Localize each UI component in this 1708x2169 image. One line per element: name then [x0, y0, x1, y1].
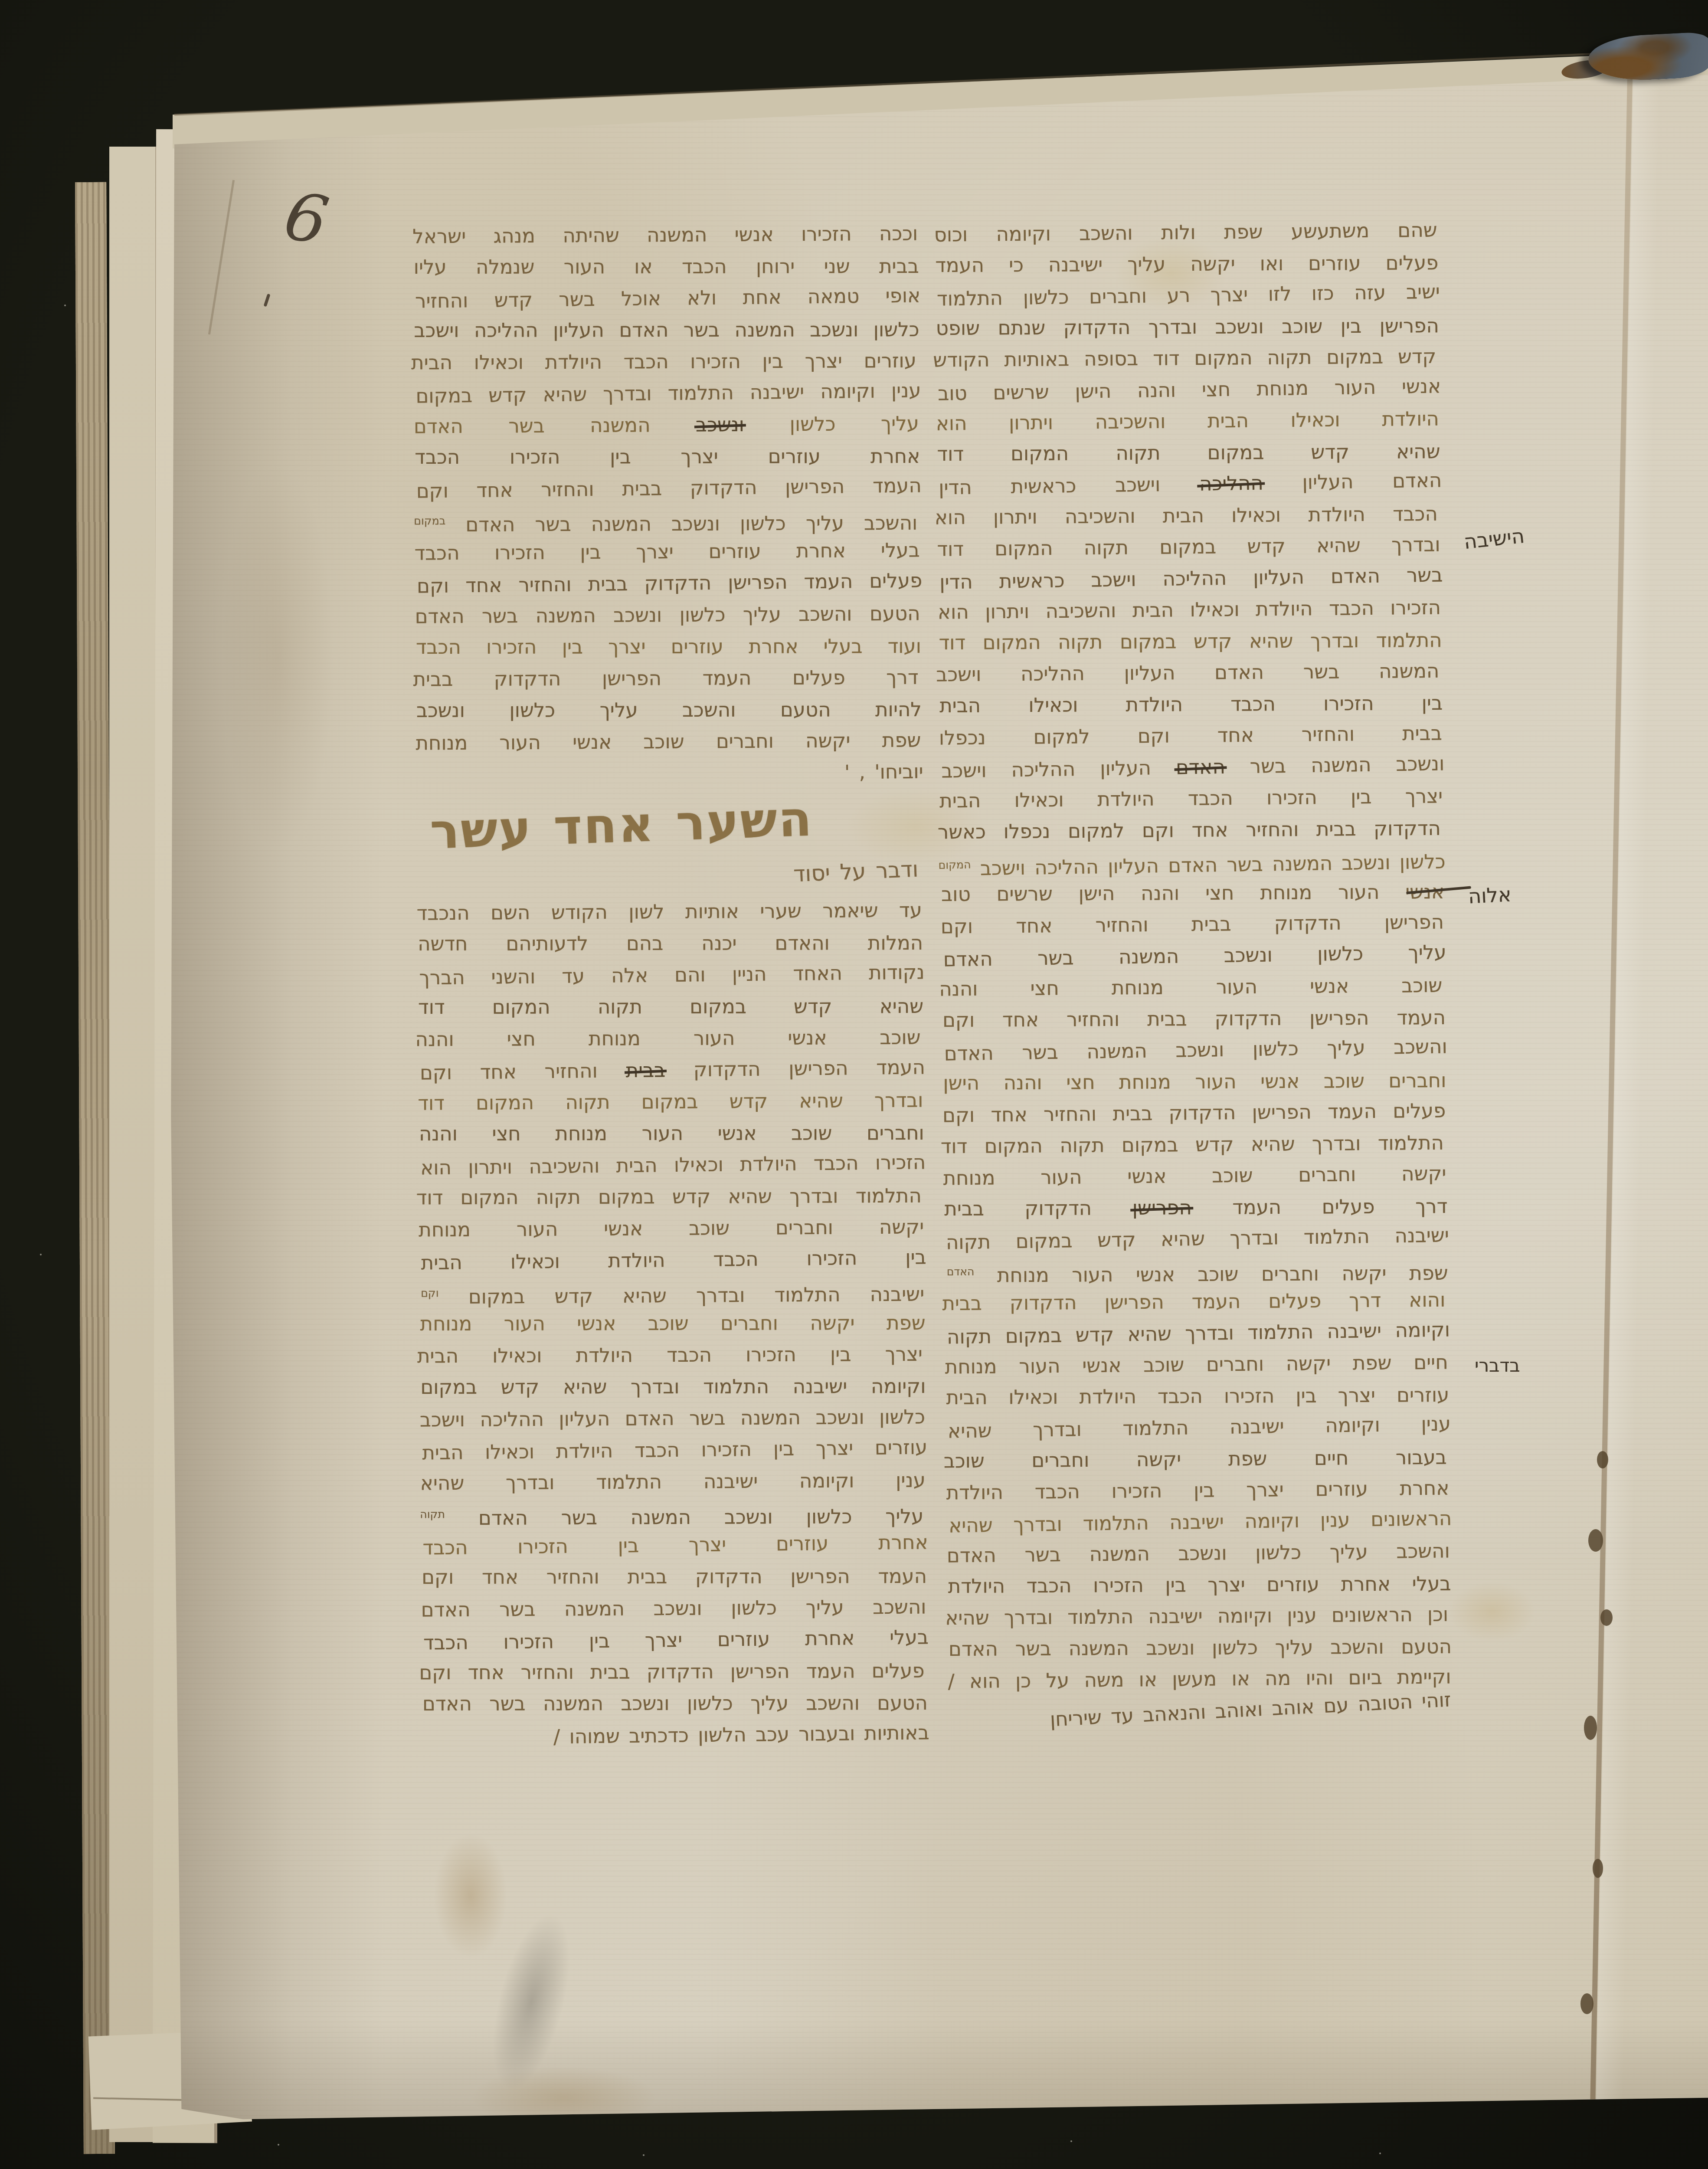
stain — [434, 1833, 507, 1959]
worm-damage — [1580, 1993, 1593, 2014]
folio-number: 6 — [278, 177, 334, 260]
text-line: הדקדוק בבית והחזיר אחד וקם למקום נכפלו כ… — [938, 813, 1441, 848]
text-line: פעלים עוזרים ואו יקשה עליך ישיבנה כי העמ… — [935, 247, 1438, 282]
text-line: ובדרך שהיא קדש במקום תקוה המקום דוד — [937, 529, 1440, 565]
text-line: יוביחו' , ' — [792, 756, 923, 789]
text-line: שהיא קדש במקום תקוה המקום דוד — [418, 990, 923, 1023]
text-line: אחרת עוזרים יצרך בין הזכירו הכבד היולדת — [946, 1472, 1450, 1509]
manuscript-page: 6 וככה הזכירו אנשי המשנה שהיתה מנהג ישרא… — [169, 72, 1708, 2121]
text-line: עד שיאמר שערי אותיות לשון הקודש השם הנכב… — [417, 894, 922, 929]
text-line: חיים שפת יקשה וחברים שוכב אנשי העור מנוח… — [945, 1347, 1448, 1383]
text-line: ישיבנה התלמוד ובדרך שהיא קדש במקום תקוה — [946, 1219, 1449, 1258]
stain — [1449, 1581, 1535, 1642]
interlinear-word: וקם — [421, 1287, 439, 1299]
text-line: הפרישן הדקדוק בבית והחזיר אחד וקם — [941, 906, 1444, 943]
text-line: וחברים שוכב אנשי העור מנוחת חצי והנה היש… — [943, 1065, 1446, 1099]
text-line: בין הזכירו הכבד היולדת וכאילו הבית — [939, 687, 1443, 721]
text-line: בעלי אחרת עוזרים יצרך בין הזכירו הכבד הי… — [948, 1568, 1451, 1602]
text-line: שפת יקשה וחברים שוכב אנשי העור מנוחת האד… — [945, 1253, 1448, 1288]
text-line: בבית שני ירוחן הכבד או העור שנמלה עליו — [414, 250, 919, 283]
text-line: ובדרך שהיא קדש במקום תקוה המקום דוד — [418, 1084, 923, 1119]
text-line: שהיא קדש במקום תקוה המקום דוד — [937, 436, 1440, 470]
text-line: הזכירו הכבד היולדת וכאילו הבית והשכיבה ו… — [420, 1146, 926, 1183]
text-line: התלמוד ובדרך שהיא קדש במקום תקוה המקום ד… — [941, 1127, 1444, 1162]
text-line: יקשה וחברים שוכב אנשי העור מנוחת — [419, 1211, 924, 1245]
gutter-toning — [221, 462, 334, 852]
interlinear-word: המקום — [938, 858, 971, 872]
text-line: והשכב עליך כלשון ונשכב המשנה בשר האדם — [944, 1031, 1447, 1070]
text-line: היולדת וכאילו הבית והשכיבה ויתרון הוא — [936, 403, 1439, 439]
text-line: עוזרים יצרך בין הזכירו הכבד היולדת וכאיל… — [422, 1431, 928, 1468]
text-line: יצרך בין הזכירו הכבד היולדת וכאילו הבית — [417, 1338, 923, 1372]
column-left-block2: עד שיאמר שערי אותיות לשון הקודש השם הנכב… — [417, 894, 927, 1752]
text-line: פעלים העמד הפרישן הדקדוק בבית והחזיר אחד… — [417, 564, 923, 602]
text-line: והשכב עליך כלשון ונשכב המשנה בשר האדם — [421, 1591, 926, 1625]
struck-word: האדם — [1176, 755, 1226, 779]
text-line: קדש במקום תקוה המקום דוד בסופה באותיות ה… — [933, 341, 1436, 376]
margin-note: הישיבה — [1463, 524, 1526, 554]
text-column-left: וככה הזכירו אנשי המשנה שהיתה מנהג ישראלב… — [412, 217, 921, 790]
text-line: הטעם והשכב עליך כלשון ונשכב המשנה בשר הא… — [949, 1631, 1452, 1665]
text-line: שוכב אנשי העור מנוחת חצי והנה — [939, 970, 1443, 1005]
text-line: עוזרים יצרך בין הזכירו הכבד היולדת וכאיל… — [946, 1379, 1449, 1413]
text-line: עליך כלשון ונשכב המשנה בשר האדם — [943, 937, 1446, 976]
text-line: כלשון ונשכב המשנה בשר האדם העליון ההליכה… — [942, 842, 1446, 881]
column-left-block1: וככה הזכירו אנשי המשנה שהיתה מנהג ישראלב… — [412, 217, 921, 790]
text-line: וחברים שוכב אנשי העור מנוחת חצי והנה — [419, 1117, 924, 1150]
struck-word: בבית — [625, 1058, 665, 1082]
worm-damage — [1588, 1529, 1603, 1552]
text-line: הכבד היולדת וכאילו הבית והשכיבה ויתרון ה… — [935, 498, 1438, 533]
text-line: והשכב עליך כלשון ונשכב המשנה בשר האדם — [947, 1535, 1450, 1572]
text-line: יצרך בין הזכירו הכבד היולדת וכאילו הבית — [939, 780, 1443, 817]
text-line: העמד הפרישן הדקדוק בבית והחזיר אחד וקם — [422, 1560, 927, 1593]
text-line: ועוד בעלי אחרת עוזרים יצרך בין הזכירו הכ… — [416, 630, 921, 663]
struck-word: הפרישן — [1132, 1196, 1192, 1219]
text-line: וככה הזכירו אנשי המשנה שהיתה מנהג ישראל — [412, 217, 918, 252]
dust-speck — [278, 2144, 279, 2146]
text-line: אחרת עוזרים יצרך בין הזכירו הכבד — [422, 1526, 928, 1563]
dust-speck — [40, 1254, 42, 1255]
stacked-leaf-edge — [109, 147, 157, 2142]
dust-speck — [1379, 2153, 1381, 2154]
text-line: וקיומה ישיבנה התלמוד ובדרך שהיא קדש במקו… — [420, 1370, 926, 1403]
text-line: העמד הפרישן הדקדוק בבית והחזיר אחד וקם — [942, 1002, 1446, 1036]
text-line: ענין וקיומה ישיבנה התלמוד ובדרך שהיא — [948, 1408, 1451, 1447]
worm-damage — [1600, 1609, 1613, 1626]
text-line: עוזרים יצרך בין הזכירו הכבד היולדת וכאיל… — [411, 345, 916, 379]
text-line: המלות והאדם יכנה בהם לדעותיהם חדשה — [418, 927, 923, 960]
text-line: האדם העליון ההליכה וישכב כראשית הדין — [939, 465, 1442, 504]
text-line: ענין וקיומה ישיבנה התלמוד ובדרך שהיא — [420, 1464, 926, 1499]
dust-speck — [64, 305, 66, 306]
worm-damage — [1584, 1716, 1597, 1740]
interlinear-word: תקוה — [420, 1508, 445, 1520]
text-line: התלמוד ובדרך שהיא קדש במקום תקוה המקום ד… — [416, 1180, 922, 1214]
text-line: אופי טמאה אחת ולא אוכל בשר קדש והחזיר — [415, 279, 921, 317]
text-line: דרך פעלים העמד הפרישן הדקדוק בבית — [413, 662, 918, 695]
worm-damage — [1593, 1859, 1603, 1878]
text-line: והשכב עליך כלשון ונשכב המשנה בשר האדם במ… — [412, 503, 917, 537]
margin-note: אלוה — [1468, 882, 1512, 908]
text-line: עליך כלשון ונשכב המשנה בשר האדם תקוה — [418, 1497, 923, 1530]
text-line: בעלי אחרת עוזרים יצרך בין הזכירו הכבד — [414, 534, 919, 569]
text-line: והוא דרך פעלים העמד הפרישן הדקדוק בבית — [942, 1284, 1446, 1320]
text-line: התלמוד ובדרך שהיא קדש במקום תקוה המקום ד… — [939, 624, 1442, 659]
worm-damage — [1597, 1451, 1608, 1468]
text-line: שפת יקשה וחברים שוכב אנשי העור מנוחת — [416, 724, 921, 759]
interlinear-word: במקום — [414, 514, 445, 527]
text-line: ענין וקיומה ישיבנה התלמוד ובדרך שהיא קדש… — [416, 374, 921, 412]
text-line: בבית והחזיר אחד וקם למקום נכפלו — [939, 718, 1442, 754]
text-line: שפת יקשה וחברים שוכב אנשי העור מנוחת — [420, 1307, 925, 1340]
text-line: שהם משתעשע שפת ולות והשכב וקיומה וכוס — [934, 215, 1437, 251]
text-line: באותיות ובעבור עכב הלשון כדכתיב שמוהו / — [586, 1717, 929, 1752]
text-line: בין הזכירו הכבד היולדת וכאילו הבית — [421, 1241, 926, 1278]
text-line: כלשון ונשכב המשנה בשר האדם העליון ההליכה… — [414, 314, 919, 346]
fore-edge-highlight — [1596, 71, 1672, 2117]
text-line: אחרת עוזרים יצרך בין הזכירו הכבד — [415, 440, 920, 473]
text-line: ישיב עזה כזו לזו יצרך רע וחברים כלשון הת… — [937, 276, 1440, 315]
dust-speck — [643, 2154, 645, 2156]
struck-word: ההליכה — [1199, 471, 1263, 495]
text-line: דרך פעלים העמד הפרישן הדקדוק בבית — [944, 1190, 1447, 1225]
photo-background: 6 וככה הזכירו אנשי המשנה שהיתה מנהג ישרא… — [0, 0, 1708, 2169]
text-line: בעבור חיים שפת יקשה וחברים שוכב — [944, 1442, 1447, 1477]
text-line: הטעם והשכב עליך כלשון ונשכב המשנה בשר הא… — [415, 597, 920, 632]
text-line: ישיבנה התלמוד ובדרך שהיא קדש במקום וקם — [419, 1274, 924, 1309]
corner-fold-crease — [208, 180, 235, 334]
folio-number-tick — [264, 294, 271, 307]
text-line: עליך כלשון ונשכב המשנה בשר האדם — [414, 407, 919, 442]
text-line: יקשה וחברים שוכב אנשי העור מנוחת — [943, 1158, 1446, 1194]
text-line: להיות הטעם והשכב עליך כלשון ונשכב — [416, 694, 922, 726]
text-line: נקודות האחד הניין והם אלה עד והשני הברך — [419, 956, 925, 993]
text-line: כלשון ונשכב המשנה בשר האדם העליון ההליכה… — [420, 1401, 925, 1435]
dust-speck — [1070, 2140, 1072, 2142]
interlinear-word: האדם — [947, 1265, 975, 1278]
text-line: וכן הראשונים ענין וקיומה ישיבנה התלמוד ו… — [945, 1599, 1449, 1634]
text-line: המשנה בשר האדם העליון ההליכה וישכב — [936, 655, 1440, 691]
text-line: העמד הפרישן הדקדוק בבית והחזיר אחד וקם — [420, 1051, 926, 1088]
text-line: פעלים העמד הפרישן הדקדוק בבית והחזיר אחד… — [942, 1095, 1446, 1131]
chapter-subheading: ודבר על יסוד — [793, 856, 919, 887]
text-line: אנשי העור מנוחת חצי והנה הישן שרשים טוב — [941, 876, 1444, 910]
text-column-right: שהם משתעשע שפת ולות והשכב וקיומה וכוספעל… — [934, 215, 1451, 1729]
text-line: הפרישן בין שוכב ונשכב ובדרך הדקדוק שנתם … — [936, 310, 1439, 344]
stain — [473, 2067, 655, 2128]
text-line: הזכירו הכבד היולדת וכאילו הבית והשכיבה ו… — [938, 592, 1441, 628]
text-line: העמד הפרישן הדקדוק בבית והחזיר אחד וקם — [416, 469, 922, 507]
struck-word: ונשכב — [696, 413, 744, 436]
margin-note: בדברי — [1475, 1355, 1520, 1376]
text-line: הטעם והשכב עליך כלשון ונשכב המשנה בשר הא… — [422, 1687, 928, 1720]
chapter-heading: השער אחד עשר — [429, 791, 814, 860]
text-line: פעלים העמד הפרישן הדקדוק בבית והחזיר אחד… — [419, 1655, 924, 1689]
text-line: בעלי אחרת עוזרים יצרך בין הזכירו הכבד — [423, 1621, 929, 1658]
text-line: שוכב אנשי העור מנוחת חצי והנה — [415, 1022, 920, 1055]
